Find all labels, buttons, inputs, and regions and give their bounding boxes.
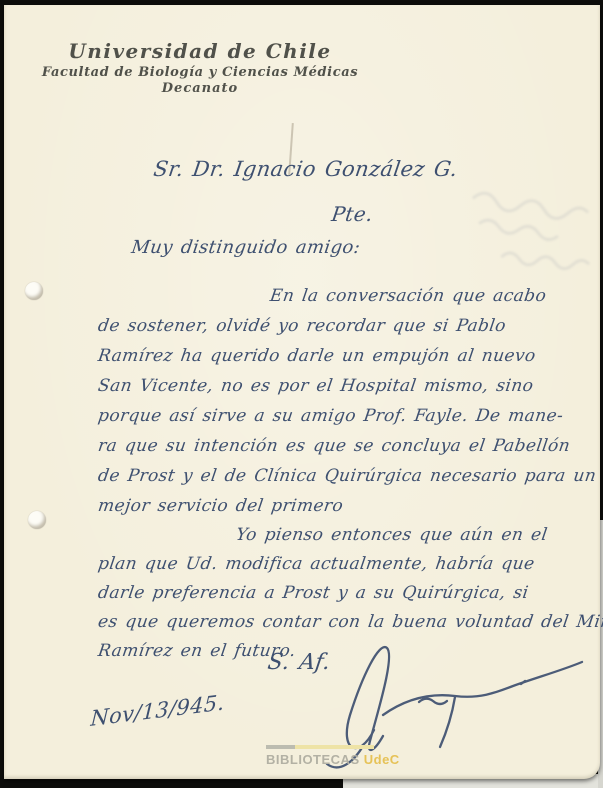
scanned-letter: Universidad de Chile Facultad de Biologí… [0, 0, 603, 788]
letterhead: Universidad de Chile Facultad de Biologí… [32, 39, 368, 96]
date-handwritten: Nov/13/945. [90, 690, 225, 731]
handwritten-line: es que queremos contar con la buena volu… [96, 608, 580, 637]
letterhead-office: Decanato [32, 81, 368, 96]
hole-punch-bottom [28, 511, 46, 529]
handwritten-line: En la conversación que acabo [96, 281, 580, 311]
library-watermark: BIBLIOTECAS UdeC [266, 745, 400, 767]
watermark-label: BIBLIOTECAS [266, 752, 360, 767]
handwritten-line: mejor servicio del primero [96, 491, 580, 521]
watermark-rule [266, 745, 374, 749]
handwritten-line: San Vicente, no es por el Hospital mismo… [96, 371, 580, 401]
letter-paper: Universidad de Chile Facultad de Biologí… [4, 5, 600, 779]
handwritten-line: porque así sirve a su amigo Prof. Fayle.… [96, 401, 580, 431]
handwritten-line: ra que su intención es que se concluya e… [96, 431, 580, 461]
handwritten-line: Ramírez ha querido darle un empujón al n… [96, 341, 580, 371]
recipient-line: Sr. Dr. Ignacio González G. [152, 157, 459, 181]
handwritten-line: de Prost y el de Clínica Quirúrgica nece… [96, 461, 580, 491]
salutation: Muy distinguido amigo: [130, 237, 362, 258]
letterhead-institution: Universidad de Chile [32, 39, 368, 63]
handwritten-line: darle preferencia a Prost y a su Quirúrg… [96, 579, 580, 608]
hole-punch-top [25, 282, 43, 300]
letterhead-faculty: Facultad de Biología y Ciencias Médicas [32, 65, 368, 80]
handwritten-line: de sostener, olvidé yo recordar que si P… [96, 311, 580, 341]
handwritten-line: Yo pienso entonces que aún en el [96, 521, 580, 550]
handwritten-line: plan que Ud. modifica actualmente, habrí… [96, 550, 580, 579]
paragraph-1: En la conversación que acabode sostener,… [96, 281, 576, 521]
recipient-place: Pte. [330, 202, 375, 226]
watermark-org: UdeC [364, 752, 400, 767]
